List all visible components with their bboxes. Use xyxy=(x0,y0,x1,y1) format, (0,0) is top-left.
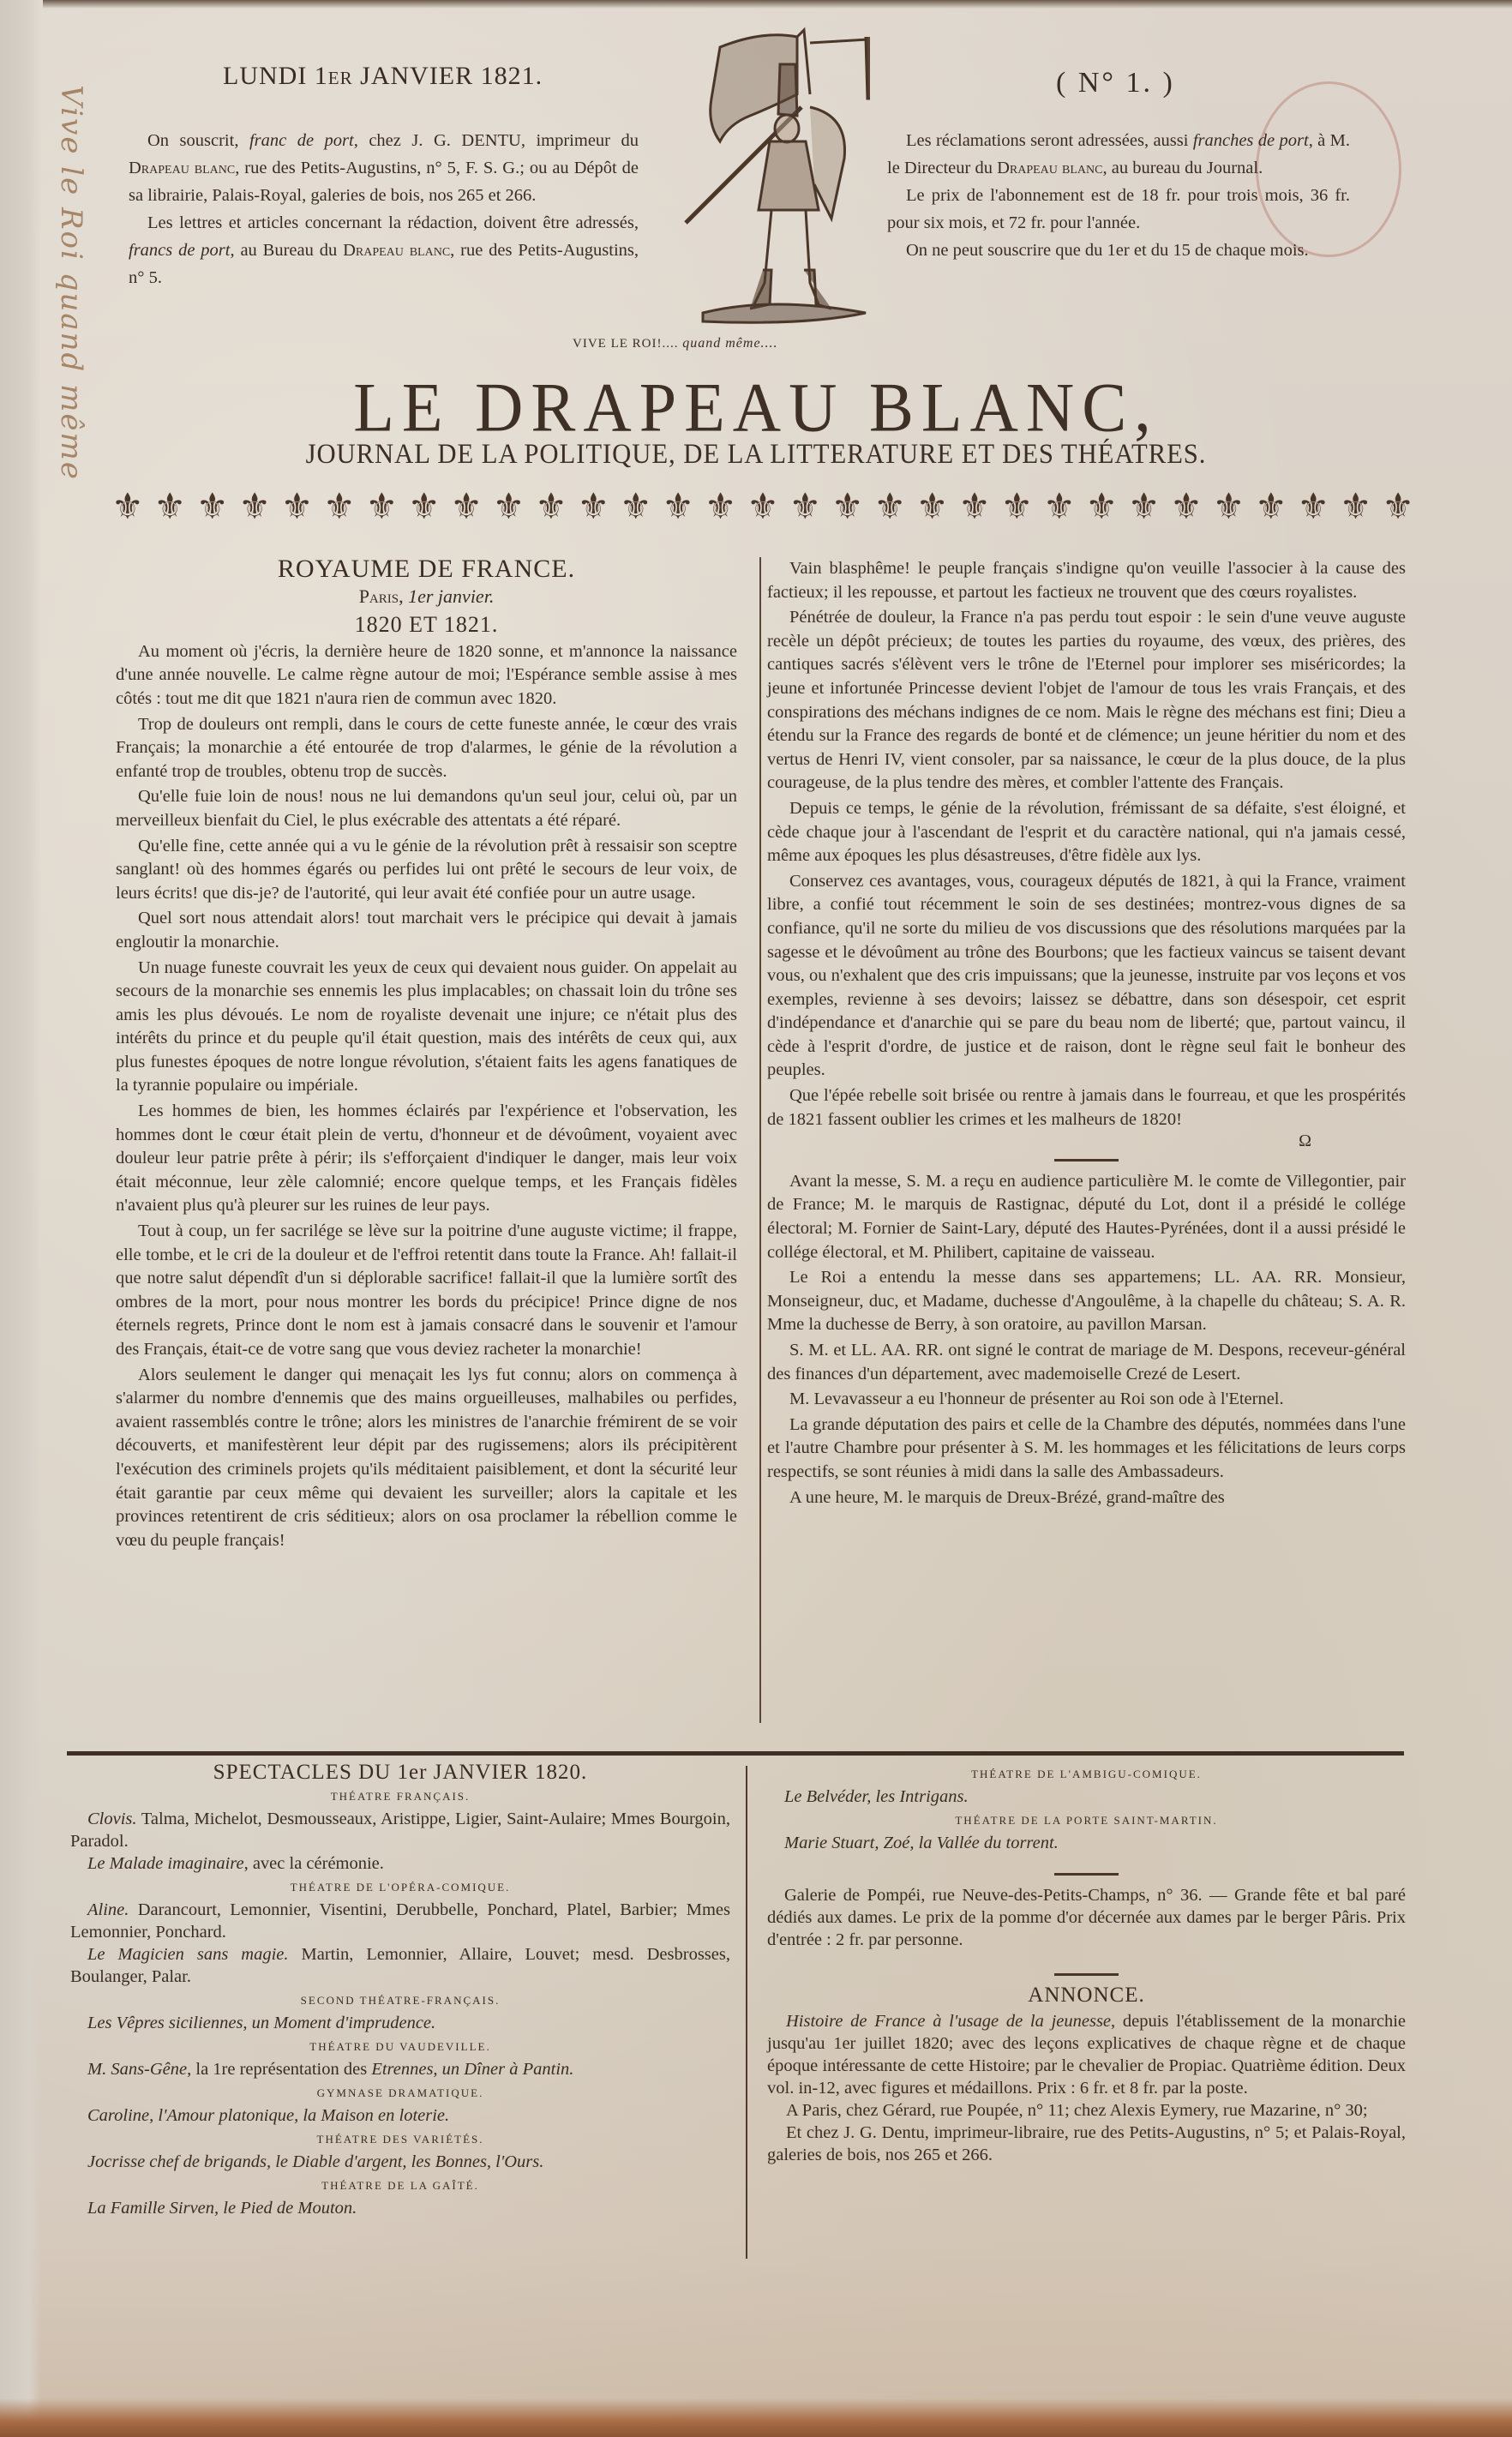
page-bottom-stain xyxy=(0,2398,1512,2437)
paragraph: Au moment où j'écris, la dernière heure … xyxy=(116,640,737,711)
play-entry: Clovis. Talma, Michelot, Desmousseaux, A… xyxy=(70,1808,730,1852)
fleur-de-lis-icon: ⚜ xyxy=(789,485,822,527)
fleur-de-lis-icon: ⚜ xyxy=(408,485,441,527)
play-cast: , avec la cérémonie. xyxy=(244,1854,384,1873)
play-title: Le Belvéder, les Intrigans. xyxy=(784,1787,969,1806)
subscription-paragraph-2: Les lettres et articles concernant la ré… xyxy=(129,209,639,291)
play-title: Marie Stuart, Zoé, la Vallée du torrent. xyxy=(784,1834,1059,1852)
fleur-de-lis-icon: ⚜ xyxy=(958,485,991,527)
annonce-paragraph: A Paris, chez Gérard, rue Poupée, n° 11;… xyxy=(767,2099,1406,2122)
play-entry: Caroline, l'Amour platonique, la Maison … xyxy=(70,2104,730,2127)
theatre-name: GYMNASE DRAMATIQUE. xyxy=(70,2082,730,2104)
play-title: Jocrisse chef de brigands, le Diable d'a… xyxy=(87,2152,543,2171)
fleur-de-lis-icon: ⚜ xyxy=(662,485,694,527)
text: Les lettres et articles concernant la ré… xyxy=(147,213,639,232)
annonce-paragraph: Et chez J. G. Dentu, imprimeur-libraire,… xyxy=(767,2122,1406,2166)
paragraph: Que l'épée rebelle soit brisée ou rentre… xyxy=(767,1084,1406,1131)
spectacles-continued: THÉATRE DE L'AMBIGU-COMIQUE. Le Belvéder… xyxy=(767,1762,1406,2166)
article-title: 1820 ET 1821. xyxy=(116,613,737,637)
fleur-de-lis-icon: ⚜ xyxy=(1382,485,1414,527)
fleur-de-lis-icon: ⚜ xyxy=(1340,485,1372,527)
dateline-date: 1er janvier. xyxy=(408,585,494,607)
theatre-name: THÉATRE FRANÇAIS. xyxy=(70,1786,730,1808)
theatre-name: THÉATRE DE L'OPÉRA-COMIQUE. xyxy=(70,1876,730,1899)
fleur-de-lis-icon: ⚜ xyxy=(1213,485,1245,527)
fleur-de-lis-icon: ⚜ xyxy=(916,485,949,527)
play-title: Etrennes, un Dîner à Pantin. xyxy=(371,2060,573,2079)
fleur-de-lis-icon: ⚜ xyxy=(873,485,906,527)
paragraph: Qu'elle fine, cette année qui a vu le gé… xyxy=(116,835,737,906)
subscription-info: On souscrit, franc de port, chez J. G. D… xyxy=(129,127,639,291)
play-title: Le Magicien sans magie. xyxy=(87,1945,289,1964)
theatre-name: THÉATRE DE LA GAÎTÉ. xyxy=(70,2175,730,2197)
news-item: S. M. et LL. AA. RR. ont signé le contra… xyxy=(767,1339,1406,1386)
claims-paragraph-2: Le prix de l'abonnement est de 18 fr. po… xyxy=(887,182,1350,237)
subscription-paragraph-1: On souscrit, franc de port, chez J. G. D… xyxy=(129,127,639,209)
text: , au bureau du Journal. xyxy=(1102,159,1263,177)
play-title: Clovis. xyxy=(87,1810,137,1828)
news-item: La grande députation des pairs et celle … xyxy=(767,1414,1406,1485)
paragraph: Alors seulement le danger qui menaçait l… xyxy=(116,1364,737,1553)
paragraph: Quel sort nous attendait alors! tout mar… xyxy=(116,907,737,954)
fleur-de-lis-icon: ⚜ xyxy=(238,485,271,527)
fleur-de-lis-icon: ⚜ xyxy=(1043,485,1076,527)
play-title: Le Malade imaginaire xyxy=(87,1854,244,1873)
play-title: M. Sans-Gêne xyxy=(87,2060,187,2079)
text: Drapeau blanc xyxy=(129,159,235,177)
right-column: Vain blasphême! le peuple français s'ind… xyxy=(767,557,1406,1511)
fleur-de-lis-icon: ⚜ xyxy=(493,485,525,527)
play-entry: Le Malade imaginaire, avec la cérémonie. xyxy=(70,1852,730,1875)
soldier-flag-woodcut-icon xyxy=(669,13,870,326)
spectacles-title: SPECTACLES DU 1er JANVIER 1820. xyxy=(70,1762,730,1784)
dateline: Paris, 1er janvier. xyxy=(116,585,737,609)
play-title: Aline. xyxy=(87,1900,129,1919)
claims-paragraph-1: Les réclamations seront adressées, aussi… xyxy=(887,127,1350,182)
page-binding-edge xyxy=(0,0,41,2437)
fleur-de-lis-icon: ⚜ xyxy=(1085,485,1118,527)
text: franches de port xyxy=(1193,131,1309,150)
news-item: M. Levavasseur a eu l'honneur de présent… xyxy=(767,1388,1406,1412)
theatre-name: SECOND THÉATRE-FRANÇAIS. xyxy=(70,1990,730,2012)
motto: VIVE LE ROI!.... quand même.... xyxy=(573,336,778,351)
play-title: Les Vêpres siciliennes, un Moment d'impr… xyxy=(87,2014,435,2032)
annonce-paragraph: Histoire de France à l'usage de la jeune… xyxy=(767,2010,1406,2099)
newspaper-page: Vive le Roi quand même LUNDI 1er JANVIER… xyxy=(0,0,1512,2437)
issue-date: LUNDI 1er JANVIER 1821. xyxy=(223,62,543,91)
fleur-de-lis-icon: ⚜ xyxy=(153,485,186,527)
play-entry: Le Belvéder, les Intrigans. xyxy=(767,1786,1406,1808)
book-title: Histoire de France à l'usage de la jeune… xyxy=(786,2012,1111,2031)
fleur-de-lis-icon: ⚜ xyxy=(747,485,779,527)
text: Drapeau blanc xyxy=(997,159,1102,177)
fleur-de-lis-icon: ⚜ xyxy=(535,485,567,527)
fleur-de-lis-icon: ⚜ xyxy=(1128,485,1161,527)
fleur-de-lis-icon: ⚜ xyxy=(281,485,314,527)
paragraph: Qu'elle fuie loin de nous! nous ne lui d… xyxy=(116,785,737,832)
text: On souscrit, xyxy=(147,131,249,150)
paragraph: Les hommes de bien, les hommes éclairés … xyxy=(116,1100,737,1218)
text: , chez J. G. DENTU, imprimeur du xyxy=(354,131,639,150)
fleur-de-lis-icon: ⚜ xyxy=(577,485,609,527)
fleur-de-lis-ornament-row: ⚜⚜⚜⚜⚜⚜⚜⚜⚜⚜⚜⚜⚜⚜⚜⚜⚜⚜⚜⚜⚜⚜⚜⚜⚜⚜⚜⚜⚜⚜⚜ xyxy=(111,480,1414,531)
dateline-place: Paris, xyxy=(359,585,404,607)
paragraph: Depuis ce temps, le génie de la révoluti… xyxy=(767,797,1406,868)
fleur-de-lis-icon: ⚜ xyxy=(1255,485,1287,527)
newspaper-title: LE DRAPEAU BLANC, xyxy=(0,367,1512,448)
play-entry: Les Vêpres siciliennes, un Moment d'impr… xyxy=(70,2012,730,2034)
paragraph: Conservez ces avantages, vous, courageux… xyxy=(767,870,1406,1083)
news-item: A une heure, M. le marquis de Dreux-Bréz… xyxy=(767,1486,1406,1510)
claims-info: Les réclamations seront adressées, aussi… xyxy=(887,127,1350,264)
play-entry: Aline. Darancourt, Lemonnier, Visentini,… xyxy=(70,1899,730,1943)
left-column: ROYAUME DE FRANCE. Paris, 1er janvier. 1… xyxy=(116,557,737,1554)
fleur-de-lis-icon: ⚜ xyxy=(196,485,229,527)
play-title: Caroline, l'Amour platonique, la Maison … xyxy=(87,2106,449,2125)
theatre-name: THÉATRE DU VAUDEVILLE. xyxy=(70,2036,730,2058)
annonce-title: ANNONCE. xyxy=(767,1984,1406,2007)
text: francs de port xyxy=(129,241,230,260)
issue-number: ( N° 1. ) xyxy=(1056,67,1175,99)
play-entry: Le Magicien sans magie. Martin, Lemonnie… xyxy=(70,1943,730,1988)
play-cast: Talma, Michelot, Desmousseaux, Aristippe… xyxy=(70,1810,730,1851)
news-item: Avant la messe, S. M. a reçu en audience… xyxy=(767,1170,1406,1264)
theatre-name: THÉATRE DE L'AMBIGU-COMIQUE. xyxy=(767,1763,1406,1786)
spectacles-listing: SPECTACLES DU 1er JANVIER 1820. THÉATRE … xyxy=(70,1762,730,2219)
bottom-column-divider xyxy=(746,1766,747,2259)
fleur-de-lis-icon: ⚜ xyxy=(831,485,864,527)
section-rule xyxy=(1054,1973,1119,1976)
section-rule xyxy=(1054,1159,1119,1161)
fleur-de-lis-icon: ⚜ xyxy=(1001,485,1034,527)
play-entry: M. Sans-Gêne, la 1re représentation des … xyxy=(70,2058,730,2080)
fleur-de-lis-icon: ⚜ xyxy=(620,485,652,527)
paragraph: Un nuage funeste couvrait les yeux de ce… xyxy=(116,957,737,1099)
claims-paragraph-3: On ne peut souscrire que du 1er et du 15… xyxy=(887,237,1350,264)
section-rule xyxy=(1054,1873,1119,1876)
page-top-shadow xyxy=(43,0,1512,9)
theatre-name: THÉATRE DES VARIÉTÉS. xyxy=(70,2128,730,2151)
text: Drapeau blanc xyxy=(343,241,450,260)
fleur-de-lis-icon: ⚜ xyxy=(450,485,483,527)
text: franc de port xyxy=(249,131,354,150)
annonce-body: Histoire de France à l'usage de la jeune… xyxy=(767,2010,1406,2166)
paragraph: Trop de douleurs ont rempli, dans le cou… xyxy=(116,713,737,784)
fleur-de-lis-icon: ⚜ xyxy=(705,485,737,527)
fleur-de-lis-icon: ⚜ xyxy=(1297,485,1329,527)
paragraph: Vain blasphême! le peuple français s'ind… xyxy=(767,557,1406,604)
fleur-de-lis-icon: ⚜ xyxy=(111,485,144,527)
play-entry: Jocrisse chef de brigands, le Diable d'a… xyxy=(70,2151,730,2173)
play-title: La Famille Sirven, le Pied de Mouton. xyxy=(87,2199,357,2218)
author-signature: Ω xyxy=(767,1130,1406,1154)
text: , au Bureau du xyxy=(230,241,343,260)
play-cast: , la 1re représentation des xyxy=(187,2060,371,2079)
newspaper-subtitle: JOURNAL DE LA POLITIQUE, DE LA LITTERATU… xyxy=(53,439,1460,471)
play-entry: Marie Stuart, Zoé, la Vallée du torrent. xyxy=(767,1832,1406,1854)
fleur-de-lis-icon: ⚜ xyxy=(1170,485,1203,527)
play-cast: Darancourt, Lemonnier, Visentini, Derubb… xyxy=(70,1900,730,1942)
section-separator-rule xyxy=(67,1751,1404,1756)
motto-text: VIVE LE ROI!.... xyxy=(573,337,682,351)
motto-italic: quand même.... xyxy=(682,336,777,351)
text: Les réclamations seront adressées, aussi xyxy=(906,131,1193,150)
section-title: ROYAUME DE FRANCE. xyxy=(116,557,737,581)
play-entry: La Famille Sirven, le Pied de Mouton. xyxy=(70,2197,730,2219)
paragraph: Pénétrée de douleur, la France n'a pas p… xyxy=(767,606,1406,795)
fleur-de-lis-icon: ⚜ xyxy=(365,485,398,527)
theatre-name: THÉATRE DE LA PORTE SAINT-MARTIN. xyxy=(767,1810,1406,1832)
paragraph: Tout à coup, un fer sacrilége se lève su… xyxy=(116,1220,737,1362)
galerie-notice: Galerie de Pompéi, rue Neuve-des-Petits-… xyxy=(767,1884,1406,1951)
column-divider xyxy=(759,557,761,1723)
fleur-de-lis-icon: ⚜ xyxy=(323,485,356,527)
news-item: Le Roi a entendu la messe dans ses appar… xyxy=(767,1266,1406,1337)
